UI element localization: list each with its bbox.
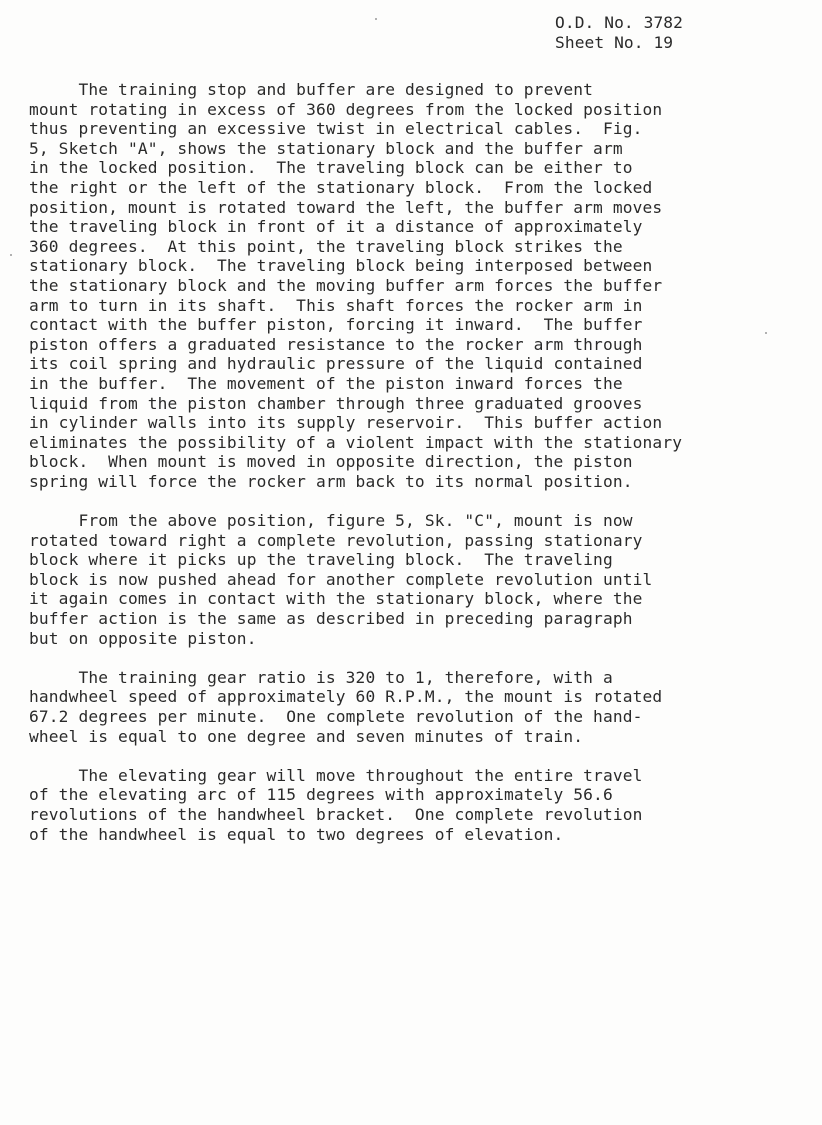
text-line: block is now pushed ahead for another co… bbox=[29, 570, 682, 590]
text-line: contact with the buffer piston, forcing … bbox=[29, 315, 682, 335]
text-line: piston offers a graduated resistance to … bbox=[29, 335, 682, 355]
text-line: eliminates the possibility of a violent … bbox=[29, 433, 682, 453]
text-line: arm to turn in its shaft. This shaft for… bbox=[29, 296, 682, 316]
text-line: in the locked position. The traveling bl… bbox=[29, 158, 682, 178]
text-line: liquid from the piston chamber through t… bbox=[29, 394, 682, 414]
text-line: of the elevating arc of 115 degrees with… bbox=[29, 785, 682, 805]
text-line: The training stop and buffer are designe… bbox=[29, 80, 682, 100]
text-line: the stationary block and the moving buff… bbox=[29, 276, 682, 296]
document-body: The training stop and buffer are designe… bbox=[29, 80, 682, 864]
scan-speck bbox=[375, 18, 377, 20]
text-line: The elevating gear will move throughout … bbox=[29, 766, 682, 786]
text-line: From the above position, figure 5, Sk. "… bbox=[29, 511, 682, 531]
text-line: 67.2 degrees per minute. One complete re… bbox=[29, 707, 682, 727]
text-line: its coil spring and hydraulic pressure o… bbox=[29, 354, 682, 374]
scan-speck bbox=[10, 254, 12, 256]
text-line: it again comes in contact with the stati… bbox=[29, 589, 682, 609]
paragraph-training-gear-ratio: The training gear ratio is 320 to 1, the… bbox=[29, 668, 682, 746]
document-page: O.D. No. 3782 Sheet No. 19 The training … bbox=[0, 0, 822, 1125]
text-line: spring will force the rocker arm back to… bbox=[29, 472, 682, 492]
text-line: revolutions of the handwheel bracket. On… bbox=[29, 805, 682, 825]
paragraph-training-stop-buffer: The training stop and buffer are designe… bbox=[29, 80, 682, 491]
text-line: buffer action is the same as described i… bbox=[29, 609, 682, 629]
scan-speck bbox=[765, 332, 767, 334]
text-line: in the buffer. The movement of the pisto… bbox=[29, 374, 682, 394]
text-line: in cylinder walls into its supply reserv… bbox=[29, 413, 682, 433]
text-line: mount rotating in excess of 360 degrees … bbox=[29, 100, 682, 120]
text-line: rotated toward right a complete revoluti… bbox=[29, 531, 682, 551]
text-line: 5, Sketch "A", shows the stationary bloc… bbox=[29, 139, 682, 159]
document-header: O.D. No. 3782 Sheet No. 19 bbox=[555, 13, 683, 53]
text-line: 360 degrees. At this point, the travelin… bbox=[29, 237, 682, 257]
text-line: but on opposite piston. bbox=[29, 629, 682, 649]
text-line: of the handwheel is equal to two degrees… bbox=[29, 825, 682, 845]
text-line: the traveling block in front of it a dis… bbox=[29, 217, 682, 237]
text-line: block where it picks up the traveling bl… bbox=[29, 550, 682, 570]
text-line: position, mount is rotated toward the le… bbox=[29, 198, 682, 218]
text-line: the right or the left of the stationary … bbox=[29, 178, 682, 198]
text-line: handwheel speed of approximately 60 R.P.… bbox=[29, 687, 682, 707]
text-line: block. When mount is moved in opposite d… bbox=[29, 452, 682, 472]
text-line: The training gear ratio is 320 to 1, the… bbox=[29, 668, 682, 688]
od-number: O.D. No. 3782 bbox=[555, 13, 683, 33]
text-line: wheel is equal to one degree and seven m… bbox=[29, 727, 682, 747]
paragraph-elevating-gear: The elevating gear will move throughout … bbox=[29, 766, 682, 844]
paragraph-opposite-rotation: From the above position, figure 5, Sk. "… bbox=[29, 511, 682, 648]
sheet-number: Sheet No. 19 bbox=[555, 33, 683, 53]
text-line: thus preventing an excessive twist in el… bbox=[29, 119, 682, 139]
text-line: stationary block. The traveling block be… bbox=[29, 256, 682, 276]
